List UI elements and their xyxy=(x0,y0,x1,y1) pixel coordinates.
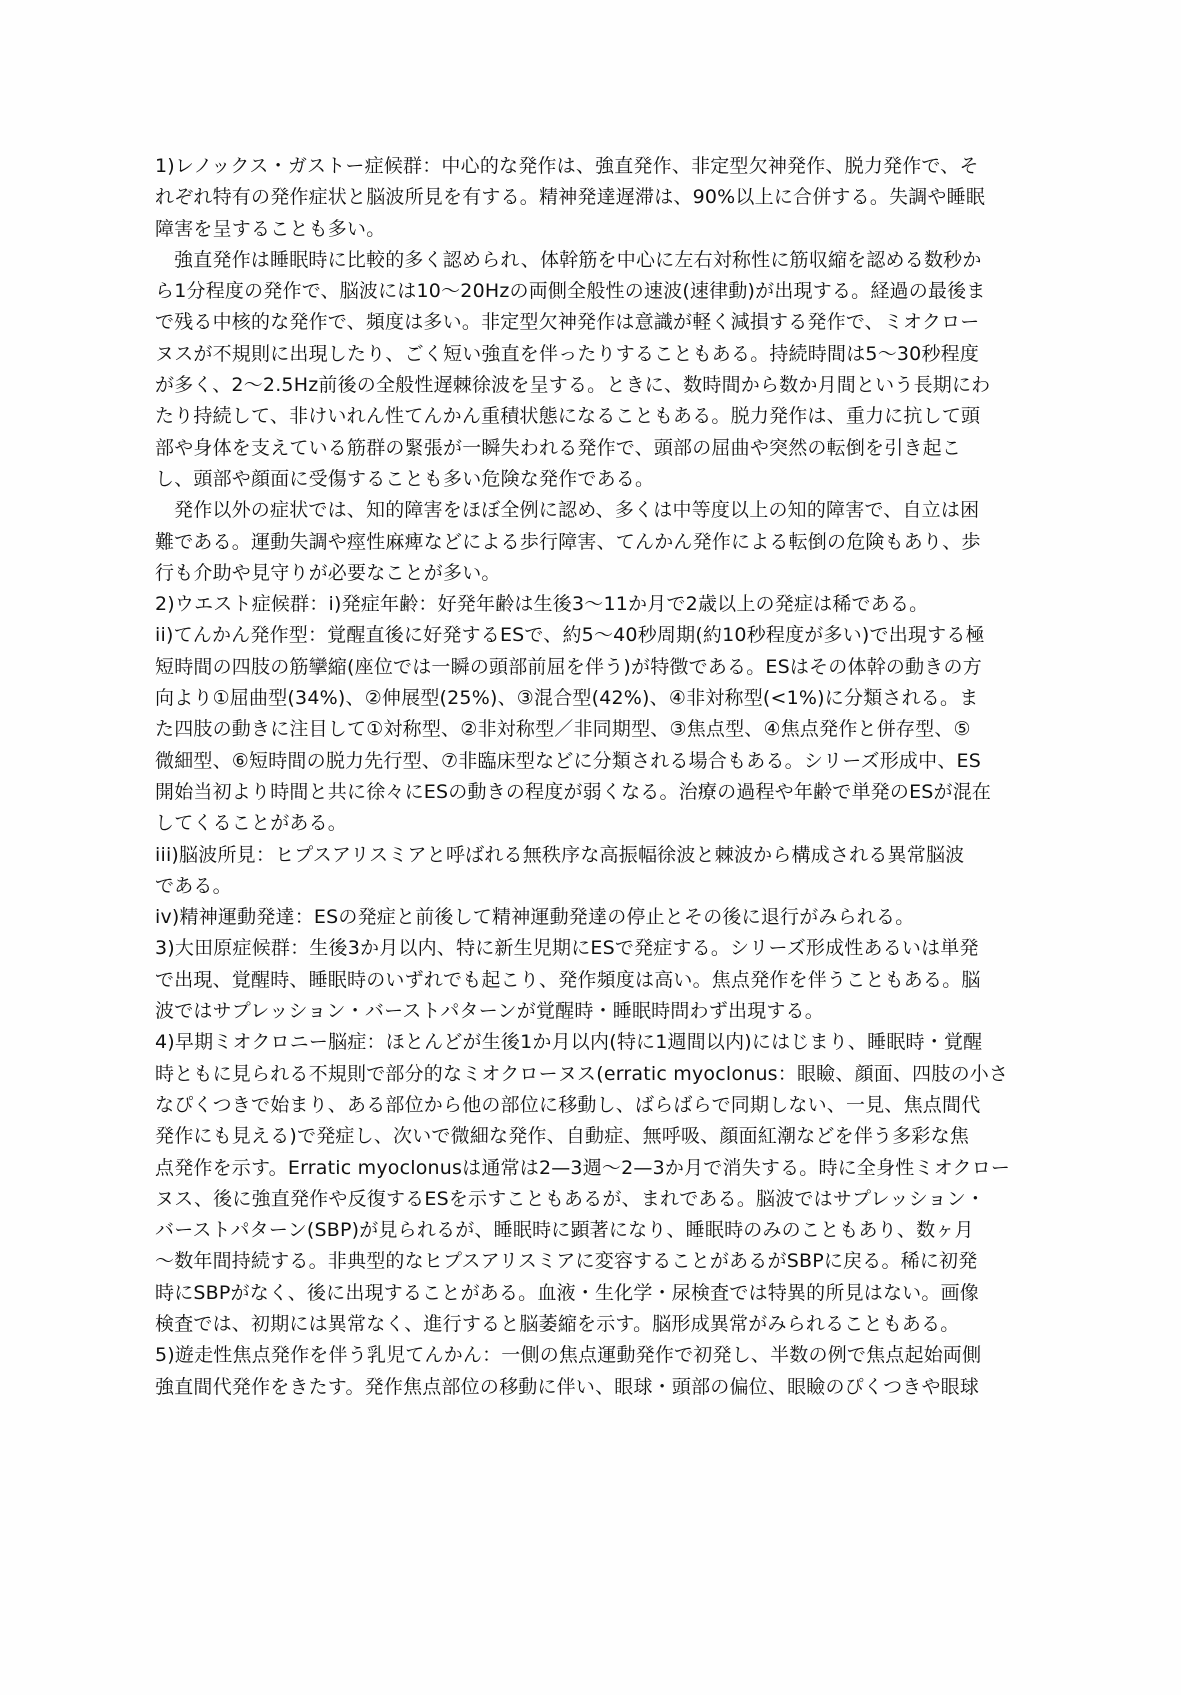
text-line: 障害を呈することも多い。 xyxy=(155,214,1095,245)
text-line: 〜数年間持続する。非典型的なヒプスアリスミアに変容することがあるがSBPに戻る。… xyxy=(155,1246,1095,1277)
text-line: 向より①屈曲型(34%)、②伸展型(25%)、③混合型(42%)、④非対称型(<… xyxy=(155,683,1095,714)
text-line: ヌスが不規則に出現したり、ごく短い強直を伴ったりすることもある。持続時間は5〜3… xyxy=(155,339,1095,370)
text-line: 1)レノックス・ガストー症候群：中心的な発作は、強直発作、非定型欠神発作、脱力発… xyxy=(155,151,1095,182)
text-line: 点発作を示す。Erratic myoclonusは通常は2—3週〜2—3か月で消… xyxy=(155,1153,1095,1184)
text-line: バーストパターン(SBP)が見られるが、睡眠時に顕著になり、睡眠時のみのこともあ… xyxy=(155,1215,1095,1246)
text-line: で出現、覚醒時、睡眠時のいずれでも起こり、発作頻度は高い。焦点発作を伴うこともあ… xyxy=(155,965,1095,996)
section-heading-line: 4)早期ミオクロニー脳症：ほとんどが生後1か月以内(特に1週間以内)にはじまり、… xyxy=(155,1027,1095,1058)
text-line: 難である。運動失調や痙性麻痺などによる歩行障害、てんかん発作による転倒の危険もあ… xyxy=(155,527,1095,558)
text-line: 発作にも見える)で発症し、次いで微細な発作、自動症、無呼吸、顔面紅潮などを伴う多… xyxy=(155,1121,1095,1152)
section-heading-line: 3)大田原症候群：生後3か月以内、特に新生児期にESで発症する。シリーズ形成性あ… xyxy=(155,933,1095,964)
text-line: 開始当初より時間と共に徐々にESの動きの程度が弱くなる。治療の過程や年齢で単発の… xyxy=(155,777,1095,808)
text-line: が多く、2〜2.5Hz前後の全般性遅棘徐波を呈する。ときに、数時間から数か月間と… xyxy=(155,370,1095,401)
text-line: し、頭部や顔面に受傷することも多い危険な発作である。 xyxy=(155,464,1095,495)
text-line: 部や身体を支えている筋群の緊張が一瞬失われる発作で、頭部の屈曲や突然の転倒を引き… xyxy=(155,433,1095,464)
text-line: 強直間代発作をきたす。発作焦点部位の移動に伴い、眼球・頭部の偏位、眼瞼のぴくつき… xyxy=(155,1372,1095,1403)
text-line: 時ともに見られる不規則で部分的なミオクローヌス(erratic myoclonu… xyxy=(155,1059,1095,1090)
text-line: なぴくつきで始まり、ある部位から他の部位に移動し、ばらばらで同期しない、一見、焦… xyxy=(155,1090,1095,1121)
section-heading-line: 5)遊走性焦点発作を伴う乳児てんかん：一側の焦点運動発作で初発し、半数の例で焦点… xyxy=(155,1340,1095,1371)
text-line: れぞれ特有の発作症状と脳波所見を有する。精神発達遅滞は、90%以上に合併する。失… xyxy=(155,182,1095,213)
section-heading-line: 2)ウエスト症候群：i)発症年齢：好発年齢は生後3〜11か月で2歳以上の発症は稀… xyxy=(155,589,1095,620)
text-line: 微細型、⑥短時間の脱力先行型、⑦非臨床型などに分類される場合もある。シリーズ形成… xyxy=(155,746,1095,777)
text-line: 短時間の四肢の筋攣縮(座位では一瞬の頭部前屈を伴う)が特徴である。ESはその体幹… xyxy=(155,652,1095,683)
text-line: 時にSBPがなく、後に出現することがある。血液・生化学・尿検査では特異的所見はな… xyxy=(155,1278,1095,1309)
text-line: 検査では、初期には異常なく、進行すると脳萎縮を示す。脳形成異常がみられることもあ… xyxy=(155,1309,1095,1340)
document-body: 1)レノックス・ガストー症候群：中心的な発作は、強直発作、非定型欠神発作、脱力発… xyxy=(155,151,1095,1403)
text-line: たり持続して、非けいれん性てんかん重積状態になることもある。脱力発作は、重力に抗… xyxy=(155,401,1095,432)
text-line: 波ではサプレッション・バーストパターンが覚醒時・睡眠時問わず出現する。 xyxy=(155,996,1095,1027)
text-line: である。 xyxy=(155,871,1095,902)
text-line: ヌス、後に強直発作や反復するESを示すこともあるが、まれである。脳波ではサプレッ… xyxy=(155,1184,1095,1215)
text-line: iv)精神運動発達：ESの発症と前後して精神運動発達の停止とその後に退行がみられ… xyxy=(155,902,1095,933)
text-line: iii)脳波所見：ヒプスアリスミアと呼ばれる無秩序な高振幅徐波と棘波から構成され… xyxy=(155,840,1095,871)
text-line: 発作以外の症状では、知的障害をほぼ全例に認め、多くは中等度以上の知的障害で、自立… xyxy=(155,495,1095,526)
text-line: してくることがある。 xyxy=(155,808,1095,839)
text-line: 強直発作は睡眠時に比較的多く認められ、体幹筋を中心に左右対称性に筋収縮を認める数… xyxy=(155,245,1095,276)
text-line: ら1分程度の発作で、脳波には10〜20Hzの両側全般性の速波(速律動)が出現する… xyxy=(155,276,1095,307)
text-line: た四肢の動きに注目して①対称型、②非対称型／非同期型、③焦点型、④焦点発作と併存… xyxy=(155,714,1095,745)
text-line: ii)てんかん発作型：覚醒直後に好発するESで、約5〜40秒周期(約10秒程度が… xyxy=(155,620,1095,651)
text-line: で残る中核的な発作で、頻度は多い。非定型欠神発作は意識が軽く減損する発作で、ミオ… xyxy=(155,307,1095,338)
text-line: 行も介助や見守りが必要なことが多い。 xyxy=(155,558,1095,589)
document-page: 1)レノックス・ガストー症候群：中心的な発作は、強直発作、非定型欠神発作、脱力発… xyxy=(0,0,1181,1695)
